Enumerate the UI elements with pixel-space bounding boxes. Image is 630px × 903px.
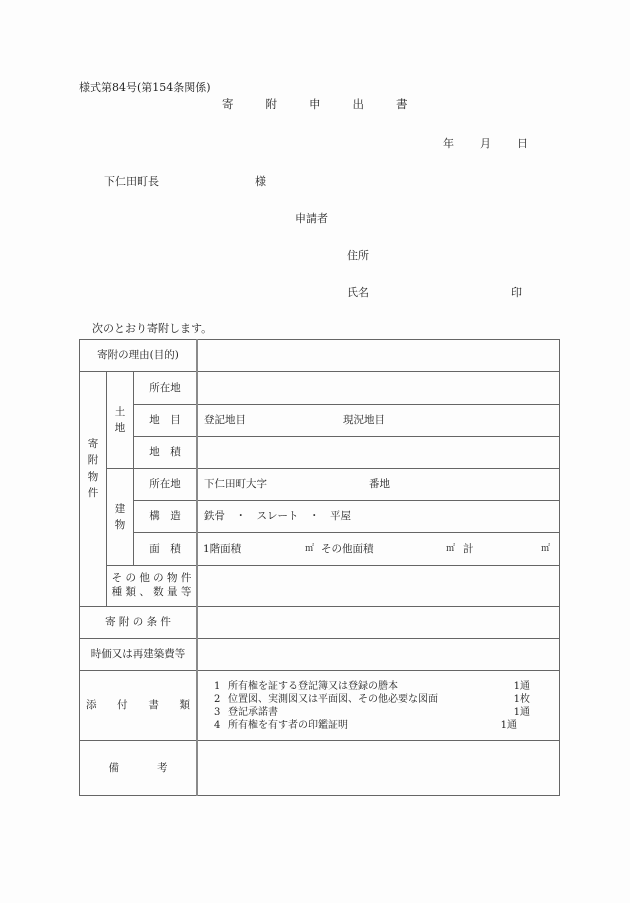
other-property-label: そ の 他 の 物 件 種 類 、 数 量 等 bbox=[107, 566, 196, 606]
unit-sqm: ㎡ bbox=[446, 543, 455, 555]
title-char: 附 bbox=[266, 99, 278, 111]
land-label: 土 地 bbox=[107, 372, 133, 468]
year-label: 年 bbox=[443, 138, 454, 149]
form-number: 様式第84号(第154条関係) bbox=[79, 82, 211, 93]
address-label: 住所 bbox=[347, 250, 369, 261]
other-property-field[interactable] bbox=[198, 566, 559, 606]
building-location-field[interactable]: 下仁田町大字 番地 bbox=[198, 469, 559, 500]
unit-sqm: ㎡ bbox=[305, 543, 314, 555]
table-border-right bbox=[559, 339, 560, 796]
intro-text: 次のとおり寄附します。 bbox=[92, 323, 212, 334]
title-char: 申 bbox=[309, 99, 321, 111]
date-field[interactable]: 年月日 bbox=[443, 138, 528, 149]
document-title: 寄附申出書 bbox=[222, 99, 408, 111]
title-char: 出 bbox=[353, 99, 365, 111]
title-char: 書 bbox=[396, 99, 408, 111]
unit-sqm: ㎡ bbox=[541, 543, 550, 555]
conditions-field[interactable] bbox=[198, 607, 559, 638]
structure-label: 構 造 bbox=[134, 501, 196, 532]
land-area-label: 地 積 bbox=[134, 437, 196, 468]
table-border-bottom bbox=[79, 795, 560, 796]
attachments-label: 添 付 書 類 bbox=[80, 671, 196, 740]
actual-category-label: 現況地目 bbox=[343, 413, 385, 427]
attachment-item: 4 所有権を有す者の印鑑証明 1通 bbox=[214, 719, 530, 732]
attachment-item: 1 所有権を証する登記簿又は登録の謄本 1通 bbox=[214, 680, 530, 693]
land-location-label: 所在地 bbox=[134, 372, 196, 404]
seal-label: 印 bbox=[511, 287, 522, 298]
land-location-field[interactable] bbox=[198, 372, 559, 404]
name-label: 氏名 bbox=[347, 287, 369, 298]
building-location-label: 所在地 bbox=[134, 469, 196, 500]
month-label: 月 bbox=[480, 138, 491, 149]
total-label: 計 bbox=[463, 542, 474, 556]
value-field[interactable] bbox=[198, 639, 559, 670]
property-label: 寄 附 物 件 bbox=[80, 372, 106, 565]
addressee: 下仁田町長 bbox=[104, 176, 159, 187]
location-prefix: 下仁田町大字 bbox=[204, 477, 267, 491]
attachment-item: 2 位置図、実測図又は平面図、その他必要な図面 1枚 bbox=[214, 693, 530, 706]
structure-value: 鉄骨 ・ スレート ・ 平屋 bbox=[204, 509, 351, 523]
building-area-field[interactable]: 1階面積 ㎡ その他面積 ㎡ 計 ㎡ bbox=[198, 533, 559, 565]
applicant-label: 申請者 bbox=[295, 213, 328, 224]
land-category-field[interactable]: 登記地目 現況地目 bbox=[198, 405, 559, 436]
remarks-field[interactable] bbox=[198, 741, 559, 795]
location-suffix: 番地 bbox=[369, 477, 390, 491]
day-label: 日 bbox=[517, 138, 528, 149]
attachment-item: 3 登記承諾書 1通 bbox=[214, 706, 530, 719]
land-area-field[interactable] bbox=[198, 437, 559, 468]
structure-field[interactable]: 鉄骨 ・ スレート ・ 平屋 bbox=[198, 501, 559, 532]
remarks-label: 備 考 bbox=[80, 741, 196, 795]
other-area-label: その他面積 bbox=[321, 542, 374, 556]
value-label: 時価又は再建築費等 bbox=[80, 639, 196, 670]
registered-category-label: 登記地目 bbox=[204, 413, 246, 427]
honorific: 様 bbox=[255, 176, 266, 187]
conditions-label: 寄 附 の 条 件 bbox=[80, 607, 196, 638]
building-label: 建 物 bbox=[107, 469, 133, 565]
attachments-list: 1 所有権を証する登記簿又は登録の謄本 1通 2 位置図、実測図又は平面図、その… bbox=[214, 673, 530, 739]
title-char: 寄 bbox=[222, 99, 234, 111]
building-area-label: 面 積 bbox=[134, 533, 196, 565]
reason-label: 寄附の理由(目的) bbox=[80, 340, 196, 371]
reason-field[interactable] bbox=[198, 340, 559, 371]
land-category-label: 地 目 bbox=[134, 405, 196, 436]
floor1-area-label: 1階面積 bbox=[203, 542, 241, 556]
